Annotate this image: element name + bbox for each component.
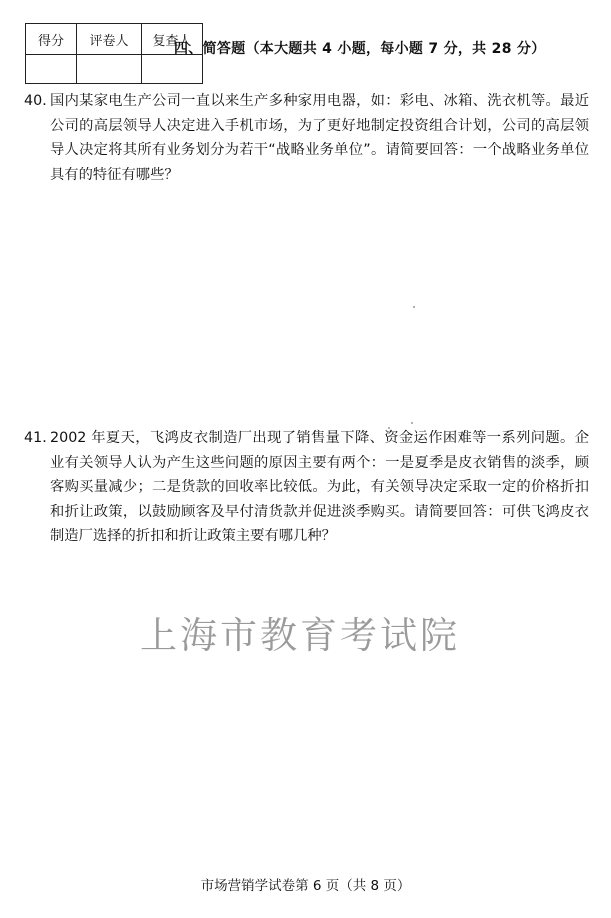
question-41: 41． 2002 年夏天，飞鸿皮衣制造厂出现了销售量下降、资金运作困难等一系列问… (24, 426, 589, 549)
score-header: 得分 (26, 24, 77, 55)
question-text: 2002 年夏天，飞鸿皮衣制造厂出现了销售量下降、资金运作困难等一系列问题。企业… (50, 426, 589, 549)
page-footer: 市场营销学试卷第 6 页（共 8 页） (0, 874, 611, 894)
score-table-value-row (26, 55, 203, 84)
watermark-stamp: 上海市教育考试院 (140, 605, 460, 659)
score-cell (26, 55, 77, 84)
question-number: 40． (24, 89, 57, 114)
question-number: 41． (24, 426, 57, 451)
reviewer-cell (142, 55, 203, 84)
section-heading: 四、简答题（本大题共 4 小题，每小题 7 分，共 28 分） (174, 38, 546, 58)
grader-cell (77, 55, 142, 84)
question-40: 40． 国内某家电生产公司一直以来生产多种家用电器，如：彩电、冰箱、洗衣机等。最… (24, 89, 589, 187)
scan-speck (411, 422, 413, 424)
grader-header: 评卷人 (77, 24, 142, 55)
scan-speck (413, 306, 415, 308)
scan-speck (388, 427, 390, 429)
question-text: 国内某家电生产公司一直以来生产多种家用电器，如：彩电、冰箱、洗衣机等。最近公司的… (50, 89, 589, 187)
